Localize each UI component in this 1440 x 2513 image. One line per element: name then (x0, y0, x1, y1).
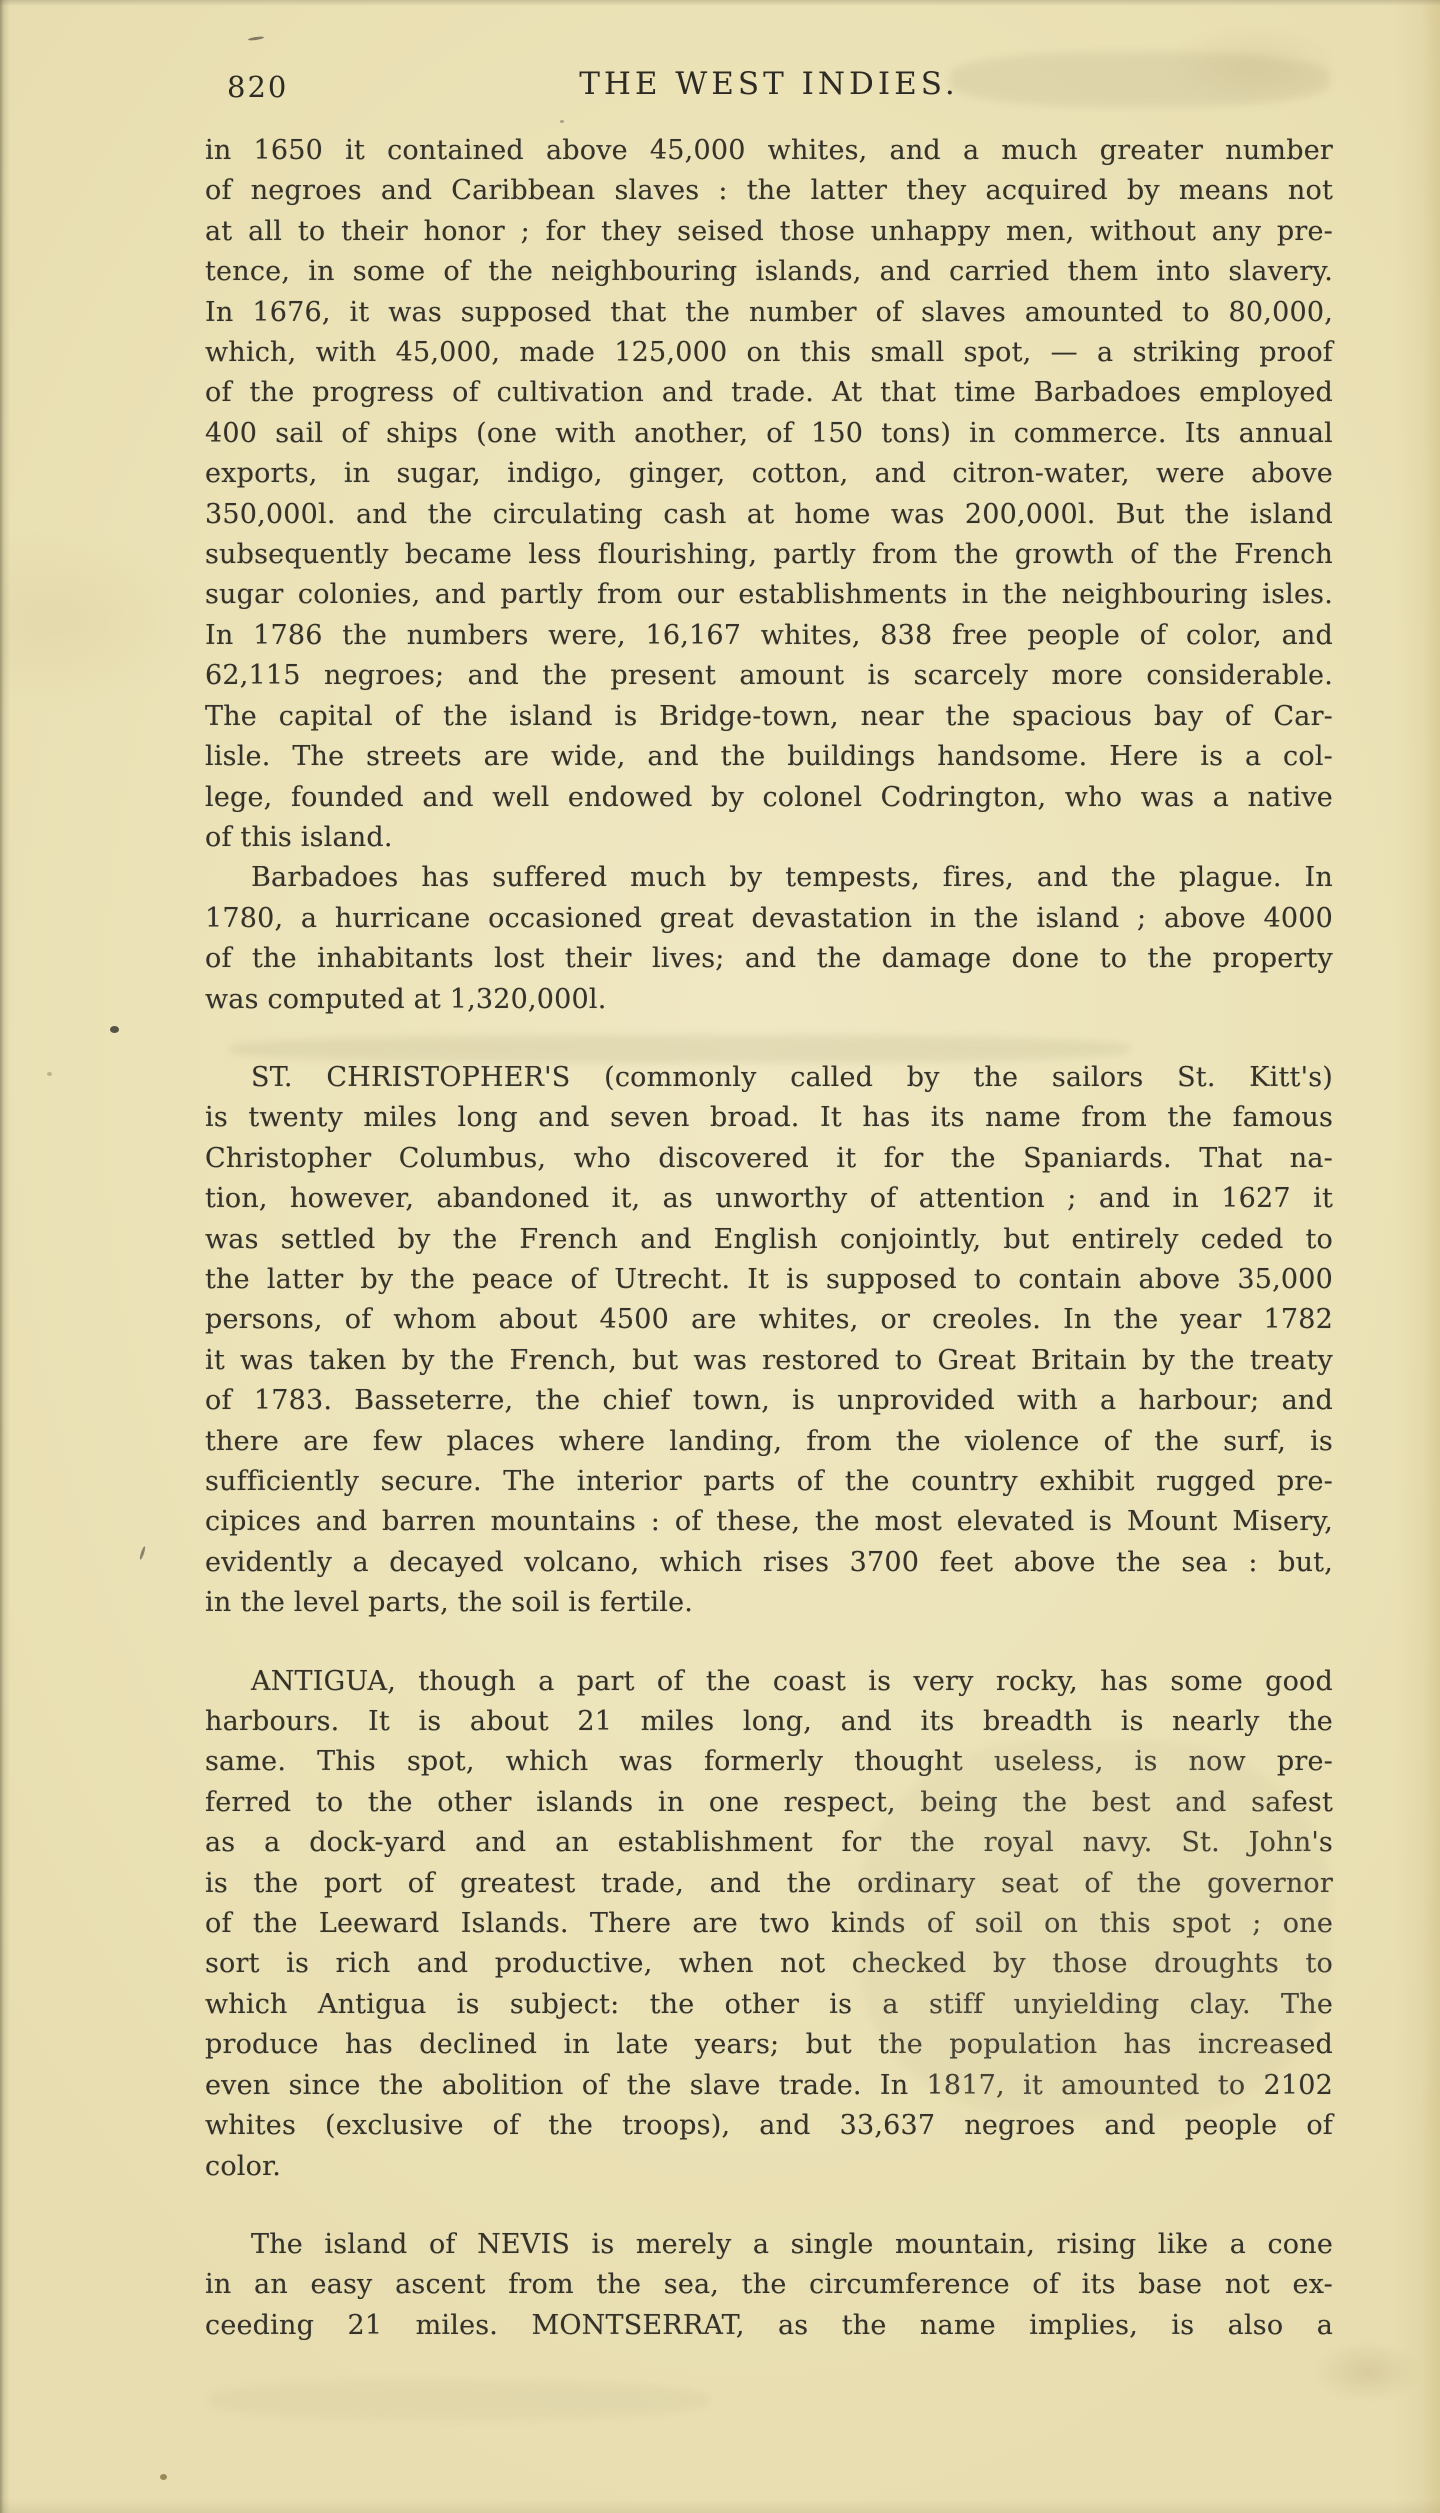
text-line: there are few places where landing, from… (205, 1422, 1333, 1462)
show-through-4 (210, 2380, 710, 2420)
text-line: of negroes and Caribbean slaves : the la… (205, 171, 1333, 211)
ink-dot (110, 1026, 119, 1033)
text-line: sugar colonies, and partly from our esta… (205, 575, 1333, 615)
brown-speck (160, 2474, 167, 2480)
text-line: 350,000l. and the circulating cash at ho… (205, 495, 1333, 535)
text-line: Christopher Columbus, who discovered it … (205, 1139, 1333, 1179)
text-line: of the inhabitants lost their lives; and… (205, 939, 1333, 979)
faint-dot (47, 1072, 52, 1076)
text-line: lisle. The streets are wide, and the bui… (205, 737, 1333, 777)
running-title: THE WEST INDIES. (205, 66, 1333, 102)
text-line: in an easy ascent from the sea, the circ… (205, 2265, 1333, 2305)
text-line: cipices and barren mountains : of these,… (205, 1502, 1333, 1542)
text-line: it was taken by the French, but was rest… (205, 1341, 1333, 1381)
text-line: was settled by the French and English co… (205, 1220, 1333, 1260)
text-line: in the level parts, the soil is fertile. (205, 1583, 1333, 1623)
paragraph-barbadoes-continued: in 1650 it contained above 45,000 whites… (205, 131, 1333, 858)
paragraph-antigua: ANTIGUA, though a part of the coast is v… (205, 1662, 1333, 2187)
text-line: In 1786 the numbers were, 16,167 whites,… (205, 616, 1333, 656)
text-line: harbours. It is about 21 miles long, and… (205, 1702, 1333, 1742)
text-line: the latter by the peace of Utrecht. It i… (205, 1260, 1333, 1300)
text-line: which, with 45,000, made 125,000 on this… (205, 333, 1333, 373)
text-line: The capital of the island is Bridge-town… (205, 697, 1333, 737)
text-line: in 1650 it contained above 45,000 whites… (205, 131, 1333, 171)
text-line: produce has declined in late years; but … (205, 2025, 1333, 2065)
paragraph-st-christophers: ST. CHRISTOPHER'S (commonly called by th… (205, 1058, 1333, 1624)
text-line: ANTIGUA, though a part of the coast is v… (205, 1662, 1333, 1702)
text-line: In 1676, it was supposed that the number… (205, 293, 1333, 333)
text-line: tion, however, abandoned it, as unworthy… (205, 1179, 1333, 1219)
tiny-speck (560, 120, 564, 123)
book-page-scan: 820 THE WEST INDIES. in 1650 it containe… (0, 0, 1440, 2513)
text-line: even since the abolition of the slave tr… (205, 2066, 1333, 2106)
text-line: persons, of whom about 4500 are whites, … (205, 1300, 1333, 1340)
text-line: exports, in sugar, indigo, ginger, cotto… (205, 454, 1333, 494)
text-line: of this island. (205, 818, 1333, 858)
small-mark (139, 1546, 146, 1560)
text-line: at all to their honor ; for they seised … (205, 212, 1333, 252)
page-header: 820 THE WEST INDIES. (205, 66, 1333, 110)
text-line: as a dock-yard and an establishment for … (205, 1823, 1333, 1863)
text-line: color. (205, 2147, 1333, 2187)
text-line: subsequently became less flourishing, pa… (205, 535, 1333, 575)
text-line: same. This spot, which was formerly thou… (205, 1742, 1333, 1782)
text-line: ceeding 21 miles. MONTSERRAT, as the nam… (205, 2306, 1333, 2346)
text-line: sufficiently secure. The interior parts … (205, 1462, 1333, 1502)
text-line: ST. CHRISTOPHER'S (commonly called by th… (205, 1058, 1333, 1098)
text-line: is twenty miles long and seven broad. It… (205, 1098, 1333, 1138)
text-line: tence, in some of the neighbouring islan… (205, 252, 1333, 292)
text-line: was computed at 1,320,000l. (205, 980, 1333, 1020)
text-line: evidently a decayed volcano, which rises… (205, 1543, 1333, 1583)
text-line: The island of NEVIS is merely a single m… (205, 2225, 1333, 2265)
paragraph-nevis-montserrat: The island of NEVIS is merely a single m… (205, 2225, 1333, 2346)
text-line: of the progress of cultivation and trade… (205, 373, 1333, 413)
text-line: Barbadoes has suffered much by tempests,… (205, 858, 1333, 898)
text-line: lege, founded and well endowed by colone… (205, 778, 1333, 818)
text-line: ferred to the other islands in one respe… (205, 1783, 1333, 1823)
text-line: sort is rich and productive, when not ch… (205, 1944, 1333, 1984)
text-line: of the Leeward Islands. There are two ki… (205, 1904, 1333, 1944)
text-line: is the port of greatest trade, and the o… (205, 1864, 1333, 1904)
text-line: 62,115 negroes; and the present amount i… (205, 656, 1333, 696)
text-line: whites (exclusive of the troops), and 33… (205, 2106, 1333, 2146)
pencil-dash (248, 36, 264, 41)
text-line: 400 sail of ships (one with another, of … (205, 414, 1333, 454)
text-line: 1780, a hurricane occasioned great devas… (205, 899, 1333, 939)
page-text: in 1650 it contained above 45,000 whites… (205, 131, 1333, 2346)
paragraph-barbadoes-disasters: Barbadoes has suffered much by tempests,… (205, 858, 1333, 1020)
text-line: of 1783. Basseterre, the chief town, is … (205, 1381, 1333, 1421)
text-line: which Antigua is subject: the other is a… (205, 1985, 1333, 2025)
